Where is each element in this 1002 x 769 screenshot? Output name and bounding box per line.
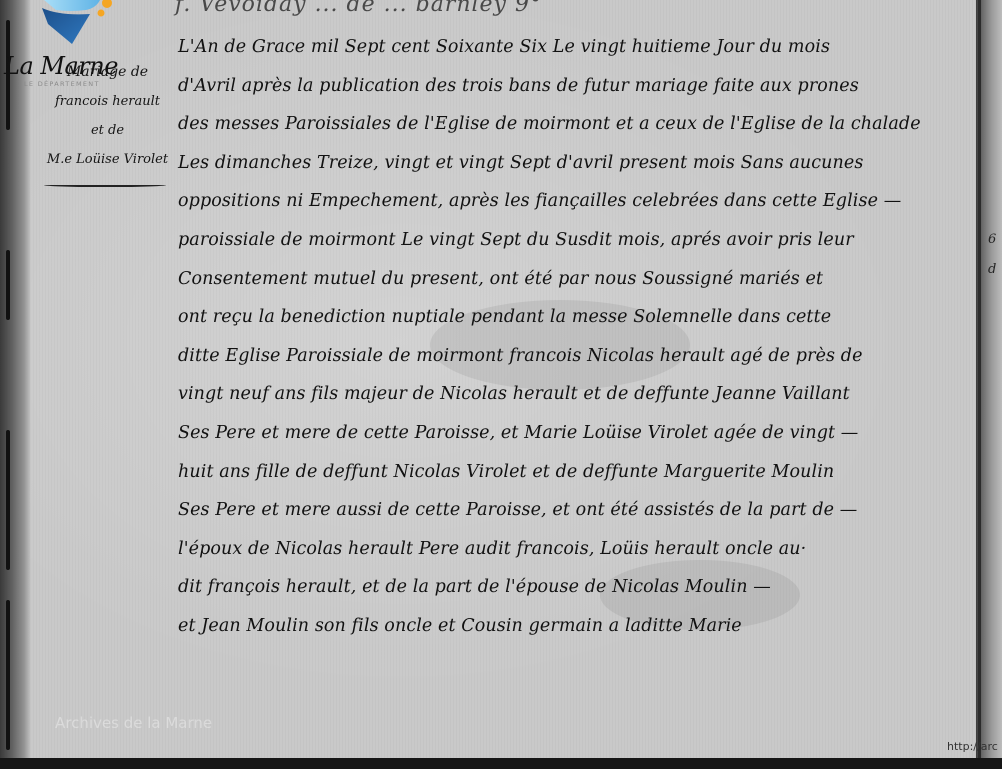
text-line: dit françois herault, et de la part de l… <box>178 568 968 607</box>
text-line: oppositions ni Empechement, après les fi… <box>178 182 968 221</box>
left-binding-shadow <box>0 0 30 758</box>
adjacent-page-mark: 6 <box>988 232 996 247</box>
previous-entry-fragment: f. Vevoiday ... de ... barnley 9° <box>175 0 542 17</box>
binding-streak <box>6 600 10 750</box>
adjacent-page-mark: d <box>988 262 996 277</box>
document-viewer[interactable]: 6 d f. Vevoiday ... de ... barnley 9° Ma… <box>0 0 1002 758</box>
scanned-register-page: 6 d f. Vevoiday ... de ... barnley 9° Ma… <box>0 0 1002 758</box>
text-line: l'époux de Nicolas herault Pere audit fr… <box>178 530 968 569</box>
text-line: Ses Pere et mere de cette Paroisse, et M… <box>178 414 968 453</box>
text-line: vingt neuf ans fils majeur de Nicolas he… <box>178 375 968 414</box>
logo-subtitle: LE DÉPARTEMENT <box>24 80 100 88</box>
text-line: d'Avril après la publication des trois b… <box>178 67 968 106</box>
text-line: ditte Eglise Paroissiale de moirmont fra… <box>178 337 968 376</box>
text-line: paroissiale de moirmont Le vingt Sept du… <box>178 221 968 260</box>
text-line: des messes Paroissiales de l'Eglise de m… <box>178 105 968 144</box>
binding-streak <box>6 430 10 570</box>
text-line: ont reçu la benediction nuptiale pendant… <box>178 298 968 337</box>
source-url-fragment[interactable]: http://arc <box>947 740 998 753</box>
la-marne-wave-icon <box>0 0 130 60</box>
margin-note-underline <box>44 182 166 187</box>
text-line: L'An de Grace mil Sept cent Soixante Six… <box>178 28 968 67</box>
text-line: et Jean Moulin son fils oncle et Cousin … <box>178 607 968 646</box>
margin-note-line: et de <box>40 116 175 145</box>
margin-note-line: M.e Loüise Virolet <box>40 145 175 174</box>
text-line: Les dimanches Treize, vingt et vingt Sep… <box>178 144 968 183</box>
archives-watermark: Archives de la Marne <box>55 714 212 732</box>
binding-streak <box>6 250 10 320</box>
marriage-record-text: L'An de Grace mil Sept cent Soixante Six… <box>178 28 968 646</box>
text-line: Ses Pere et mere aussi de cette Paroisse… <box>178 491 968 530</box>
text-line: huit ans fille de deffunt Nicolas Virole… <box>178 453 968 492</box>
logo-title: La Marne <box>4 52 118 80</box>
viewer-bottom-bar <box>0 758 1002 769</box>
text-line: Consentement mutuel du present, ont été … <box>178 260 968 299</box>
la-marne-logo: La Marne LE DÉPARTEMENT <box>0 0 130 95</box>
right-page-border <box>978 0 981 758</box>
